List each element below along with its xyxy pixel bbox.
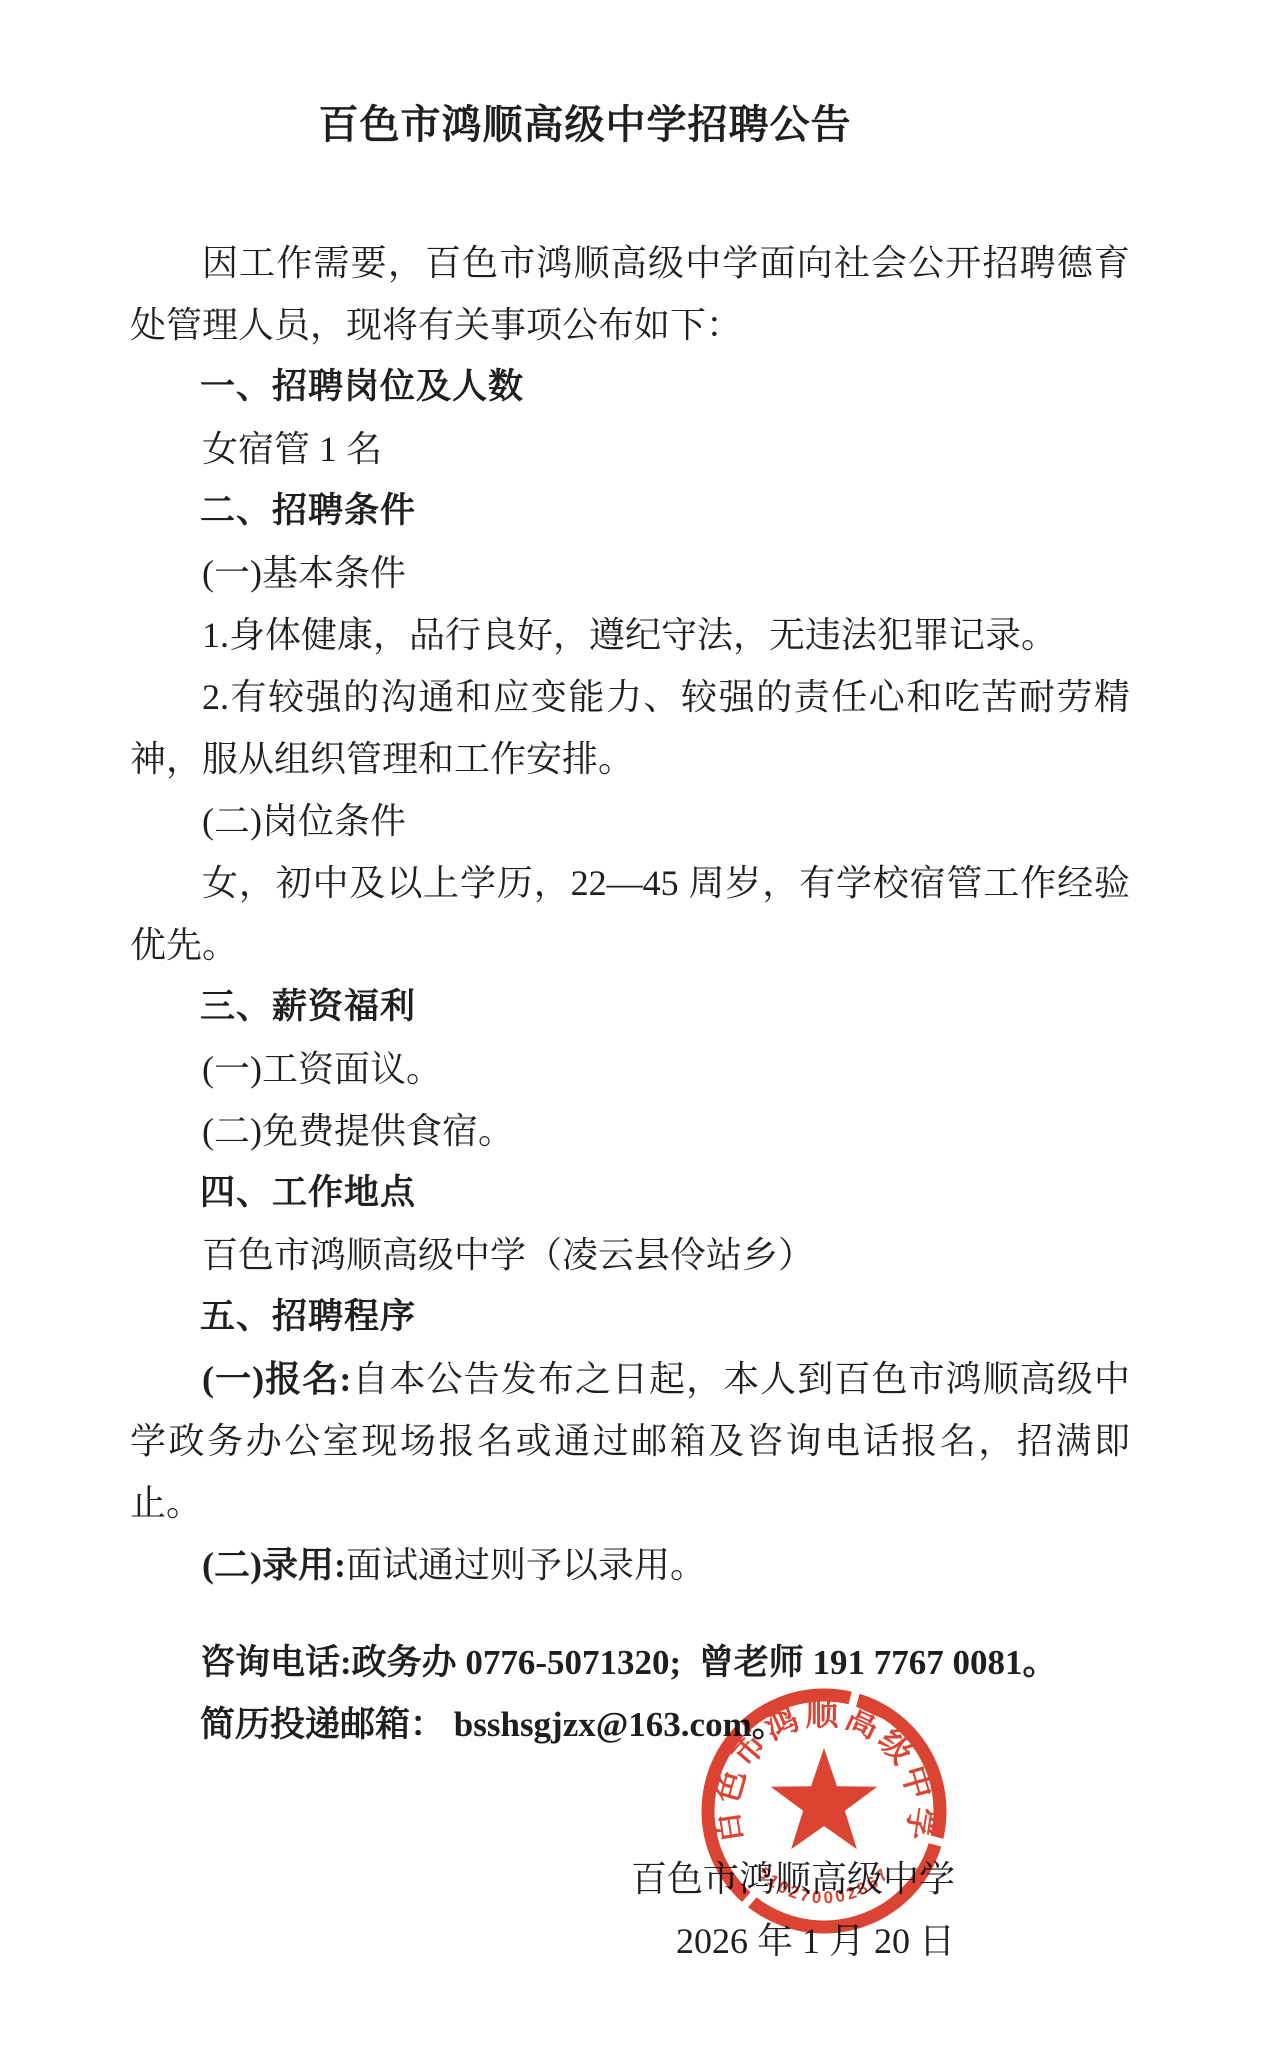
contact-email-line: 简历投递邮箱： bsshsgjzx@163.com。 (130, 1694, 1130, 1756)
section-1-text: 女宿管 1 名 (130, 418, 1130, 480)
section-2-sub2: (二)岗位条件 (130, 790, 1130, 852)
section-4-heading: 四、工作地点 (130, 1162, 1130, 1224)
contact-block: 咨询电话:政务办 0776-5071320; 曾老师 191 7767 0081… (130, 1632, 1130, 1756)
document-content: 百色市鸿顺高级中学招聘公告 因工作需要，百色市鸿顺高级中学面向社会公开招聘德育处… (0, 96, 1280, 1972)
section-3-item-1: (一)工资面议。 (130, 1038, 1130, 1100)
signature-block: 百色市鸿顺高级中学 2026 年 1 月 20 日 (130, 1848, 1130, 1972)
official-seal: 百色市鸿顺高级中学 510270002867 (693, 1680, 955, 1942)
email-label: 简历投递邮箱： (200, 1705, 454, 1744)
apply-label: (一)报名: (202, 1359, 351, 1399)
section-4-text: 百色市鸿顺高级中学（凌云县伶站乡） (130, 1224, 1130, 1286)
page-title: 百色市鸿顺高级中学招聘公告 (130, 96, 1130, 154)
section-2-sub1: (一)基本条件 (130, 542, 1130, 604)
section-5-item-2: (二)录用:面试通过则予以录用。 (130, 1534, 1130, 1596)
section-2-item-2: 2.有较强的沟通和应变能力、较强的责任心和吃苦耐劳精神，服从组织管理和工作安排。 (130, 666, 1130, 790)
section-2-item-1: 1.身体健康，品行良好，遵纪守法，无违法犯罪记录。 (130, 604, 1130, 666)
section-5-item-1: (一)报名:自本公告发布之日起，本人到百色市鸿顺高级中学政务办公室现场报名或通过… (130, 1348, 1130, 1534)
intro-paragraph: 因工作需要，百色市鸿顺高级中学面向社会公开招聘德育处管理人员，现将有关事项公布如… (130, 232, 1130, 356)
section-3-item-2: (二)免费提供食宿。 (130, 1100, 1130, 1162)
seal-serial-number: 510270002867 (754, 1863, 894, 1907)
section-3-heading: 三、薪资福利 (130, 976, 1130, 1038)
seal-star-icon (771, 1748, 878, 1849)
seal-serial-holder: 510270002867 (754, 1863, 894, 1907)
section-1-heading: 一、招聘岗位及人数 (130, 356, 1130, 418)
section-2-heading: 二、招聘条件 (130, 480, 1130, 542)
hire-label: (二)录用: (202, 1545, 346, 1585)
section-2-sub2-text: 女，初中及以上学历，22—45 周岁，有学校宿管工作经验优先。 (130, 852, 1130, 976)
hire-text: 面试通过则予以录用。 (346, 1545, 706, 1585)
section-5-heading: 五、招聘程序 (130, 1286, 1130, 1348)
contact-phone-line: 咨询电话:政务办 0776-5071320; 曾老师 191 7767 0081… (130, 1632, 1130, 1694)
announcement-page: 百色市鸿顺高级中学招聘公告 因工作需要，百色市鸿顺高级中学面向社会公开招聘德育处… (0, 0, 1280, 2052)
